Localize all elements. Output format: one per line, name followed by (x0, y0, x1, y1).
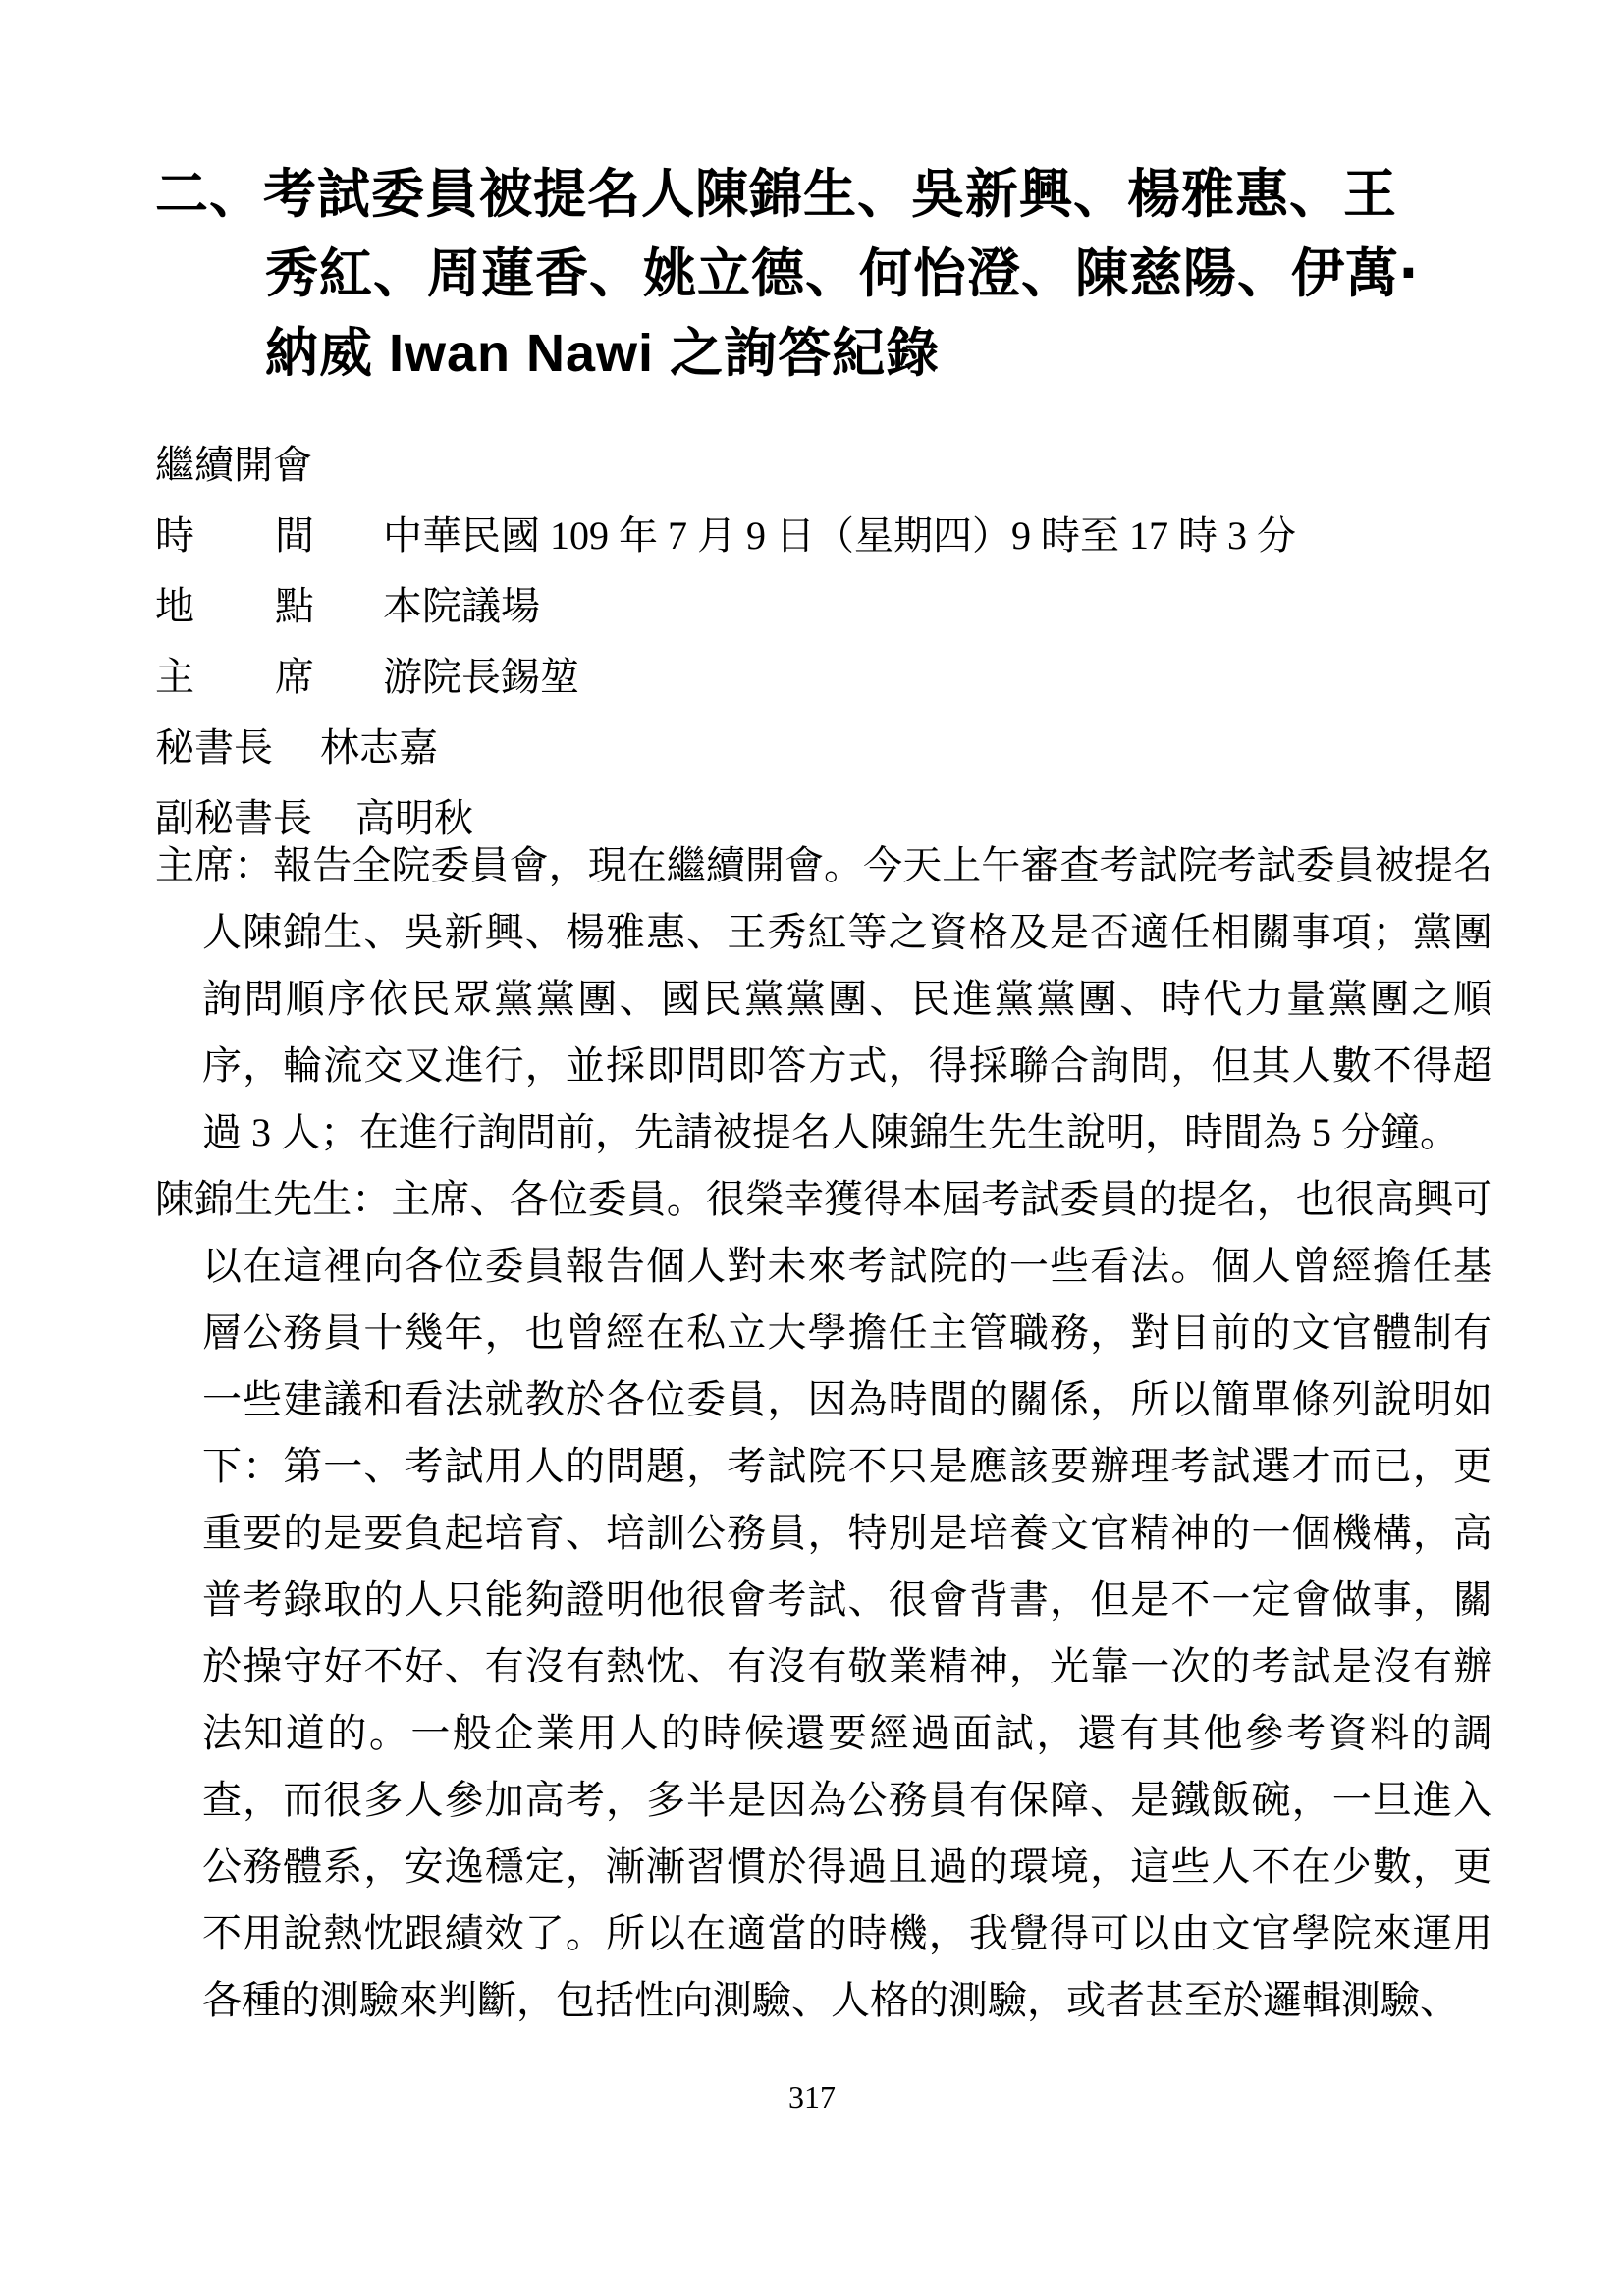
secretary-general-label: 秘書長 (155, 713, 273, 783)
meeting-chair-value: 游院長錫堃 (383, 655, 579, 699)
meeting-place-label: 地點 (155, 571, 314, 642)
meeting-time-row: 時間中華民國 109 年 7 月 9 日（星期四）9 時至 17 時 3 分 (155, 501, 1496, 571)
secretary-general-value: 林志嘉 (320, 725, 438, 770)
meeting-chair-label: 主席 (155, 642, 314, 713)
meeting-chair-row: 主席游院長錫堃 (155, 642, 1496, 713)
meeting-time-value: 中華民國 109 年 7 月 9 日（星期四）9 時至 17 時 3 分 (383, 513, 1296, 558)
transcript-paragraph-chair: 主席：報告全院委員會，現在繼續開會。今天上午審查考試院考試委員被提名人陳錦生、吳… (155, 832, 1492, 1166)
meeting-place-value: 本院議場 (383, 584, 540, 628)
meeting-time-label: 時間 (155, 501, 314, 571)
meeting-status-text: 繼續開會 (155, 443, 312, 487)
transcript-block: 主席：報告全院委員會，現在繼續開會。今天上午審查考試院考試委員被提名人陳錦生、吳… (155, 832, 1492, 2034)
meeting-info-block: 繼續開會 時間中華民國 109 年 7 月 9 日（星期四）9 時至 17 時 … (155, 430, 1496, 854)
section-title: 二、考試委員被提名人陳錦生、吳新興、楊雅惠、王 秀紅、周蓮香、姚立德、何怡澄、陳… (155, 155, 1510, 394)
secretary-general-row: 秘書長林志嘉 (155, 713, 1496, 783)
transcript-paragraph-chen-jin-sheng: 陳錦生先生：主席、各位委員。很榮幸獲得本屆考試委員的提名，也很高興可以在這裡向各… (155, 1166, 1492, 2034)
meeting-status: 繼續開會 (155, 430, 1496, 501)
section-title-line-1: 二、考試委員被提名人陳錦生、吳新興、楊雅惠、王 (155, 155, 1510, 235)
section-title-line-2: 秀紅、周蓮香、姚立德、何怡澄、陳慈陽、伊萬‧ (155, 235, 1510, 314)
page-number: 317 (0, 2079, 1624, 2115)
section-title-line-3: 納威 Iwan Nawi 之詢答紀錄 (155, 314, 1510, 394)
document-page: 二、考試委員被提名人陳錦生、吳新興、楊雅惠、王 秀紅、周蓮香、姚立德、何怡澄、陳… (0, 0, 1624, 2296)
meeting-place-row: 地點本院議場 (155, 571, 1496, 642)
